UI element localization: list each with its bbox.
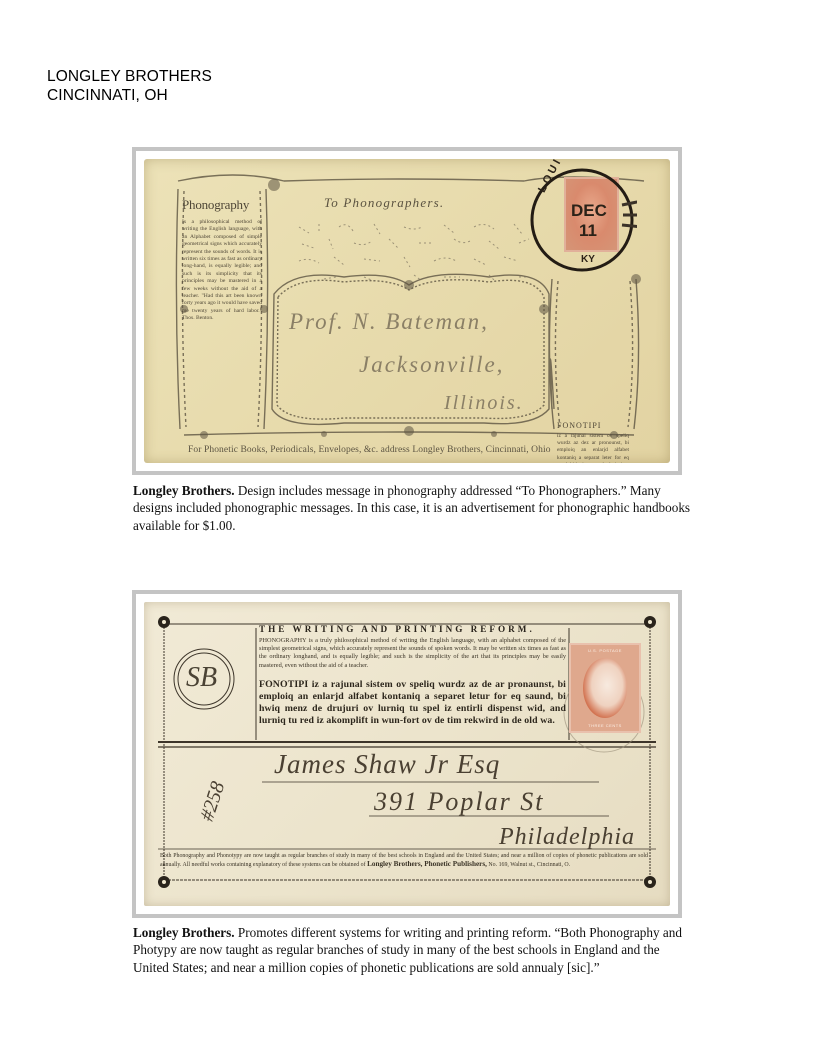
heading-location: CINCINNATI, OH — [47, 86, 212, 105]
caption-1-title: Longley Brothers. — [133, 483, 235, 498]
fonotipi-panel-title: FONOTIPI — [557, 421, 629, 430]
phonography-panel-title: Phonography — [182, 197, 262, 213]
stamp-portrait — [583, 658, 627, 718]
address-line-2: 391 Poplar St — [374, 787, 544, 817]
envelope2-bottom-text: Both Phonography and Phonotypy are now t… — [160, 853, 648, 869]
envelope-to-phonographers: Phonography Is a philosophical method of… — [144, 159, 670, 463]
phonography-panel: Phonography Is a philosophical method of… — [182, 197, 262, 323]
address-line-1: James Shaw Jr Esq — [274, 749, 500, 780]
phonography-paragraph: PHONOGRAPHY is a truly philosophical met… — [259, 637, 566, 670]
envelope1-header: To Phonographers. — [324, 195, 444, 211]
stamp-bottom-label: THREE CENTS — [571, 723, 639, 728]
caption-2-title: Longley Brothers. — [133, 925, 235, 940]
three-cent-stamp: U.S. POSTAGE THREE CENTS — [569, 643, 641, 733]
phonography-panel-text: Is a philosophical method of writing the… — [182, 219, 262, 323]
envelope-image-frame-2: SB THE WRITING AND PRINTING REFORM. PHON… — [132, 590, 682, 918]
address-line-3: Illinois. — [444, 392, 524, 415]
fonotipi-paragraph: FONOTIPI iz a rajunal sistem ov speliq w… — [259, 679, 566, 727]
postmark-state: KY — [581, 254, 595, 265]
phonographic-shorthand-icon — [294, 219, 544, 289]
stamp-top-label: U.S. POSTAGE — [571, 648, 639, 653]
address-line-1: Prof. N. Bateman, — [289, 309, 489, 335]
address-line-3: Philadelphia — [499, 824, 635, 851]
heading-company: LONGLEY BROTHERS — [47, 67, 212, 86]
bottom-publisher: Longley Brothers, Phonetic Publishers, — [367, 860, 487, 868]
page-heading: LONGLEY BROTHERS CINCINNATI, OH — [47, 67, 212, 105]
reform-title: THE WRITING AND PRINTING REFORM. — [259, 624, 535, 634]
monogram: SB — [186, 662, 217, 694]
envelope-image-frame-1: Phonography Is a philosophical method of… — [132, 147, 682, 475]
postmark-day: 11 — [579, 221, 597, 241]
bottom-address: No. 169, Walnut st., Cincinnati, O. — [488, 862, 570, 868]
fonotipi-panel: FONOTIPI iz a rajunal sistem ov speliq w… — [557, 421, 629, 463]
envelope1-footer: For Phonetic Books, Periodicals, Envelop… — [188, 445, 658, 455]
caption-2: Longley Brothers. Promotes different sys… — [133, 924, 693, 976]
address-line-2: Jacksonville, — [359, 352, 504, 378]
envelope-writing-printing-reform: SB THE WRITING AND PRINTING REFORM. PHON… — [144, 602, 670, 906]
postmark-month: DEC — [571, 201, 607, 221]
caption-1: Longley Brothers. Design includes messag… — [133, 482, 693, 534]
